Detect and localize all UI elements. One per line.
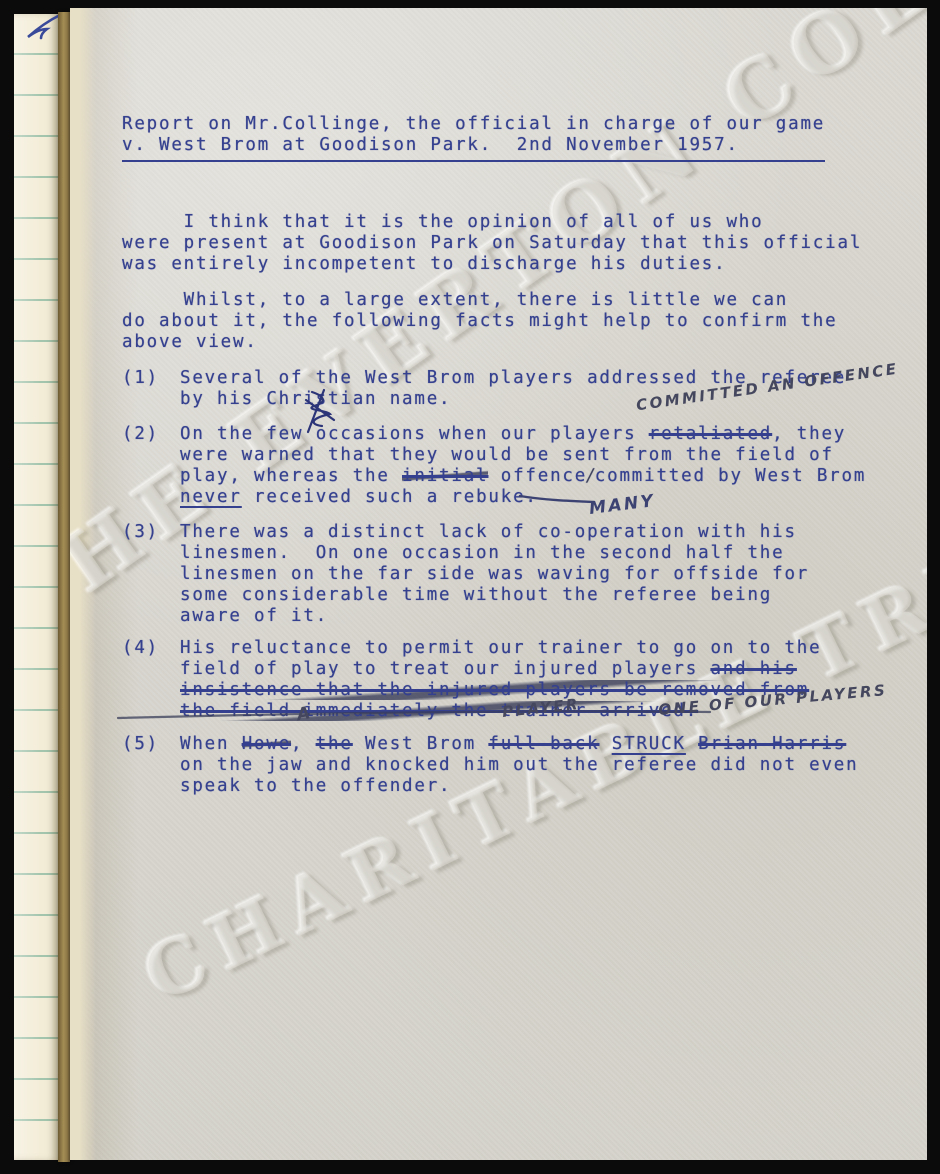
list-item-2: (2) On the few occasions when our player… bbox=[122, 424, 903, 508]
item-text: On the few occasions when our players re… bbox=[180, 424, 903, 508]
item-text: There was a distinct lack of co-operatio… bbox=[180, 522, 903, 627]
item-number: (2) bbox=[122, 424, 180, 508]
list-item-3: (3) There was a distinct lack of co-oper… bbox=[122, 522, 903, 627]
item-number: (3) bbox=[122, 522, 180, 627]
paragraph-1: I think that it is the opinion of all of… bbox=[122, 212, 903, 275]
report-title: Report on Mr.Collinge, the official in c… bbox=[122, 114, 825, 162]
handwritten-insert-a: A bbox=[295, 703, 314, 725]
document-page: THE EVERTON COLLECTION CHARITABLE TRUST … bbox=[70, 8, 927, 1160]
item-number: (5) bbox=[122, 734, 180, 797]
item-number: (1) bbox=[122, 368, 180, 410]
book-binding-strip bbox=[58, 12, 70, 1162]
item-text: When Howe, the West Brom full-back STRUC… bbox=[180, 734, 903, 797]
list-item-5: (5) When Howe, the West Brom full-back S… bbox=[122, 734, 903, 797]
item-number: (4) bbox=[122, 638, 180, 722]
scanned-document: THE EVERTON COLLECTION CHARITABLE TRUST … bbox=[0, 0, 940, 1174]
paragraph-2: Whilst, to a large extent, there is litt… bbox=[122, 290, 903, 353]
notebook-lined-paper-edge bbox=[14, 14, 58, 1160]
